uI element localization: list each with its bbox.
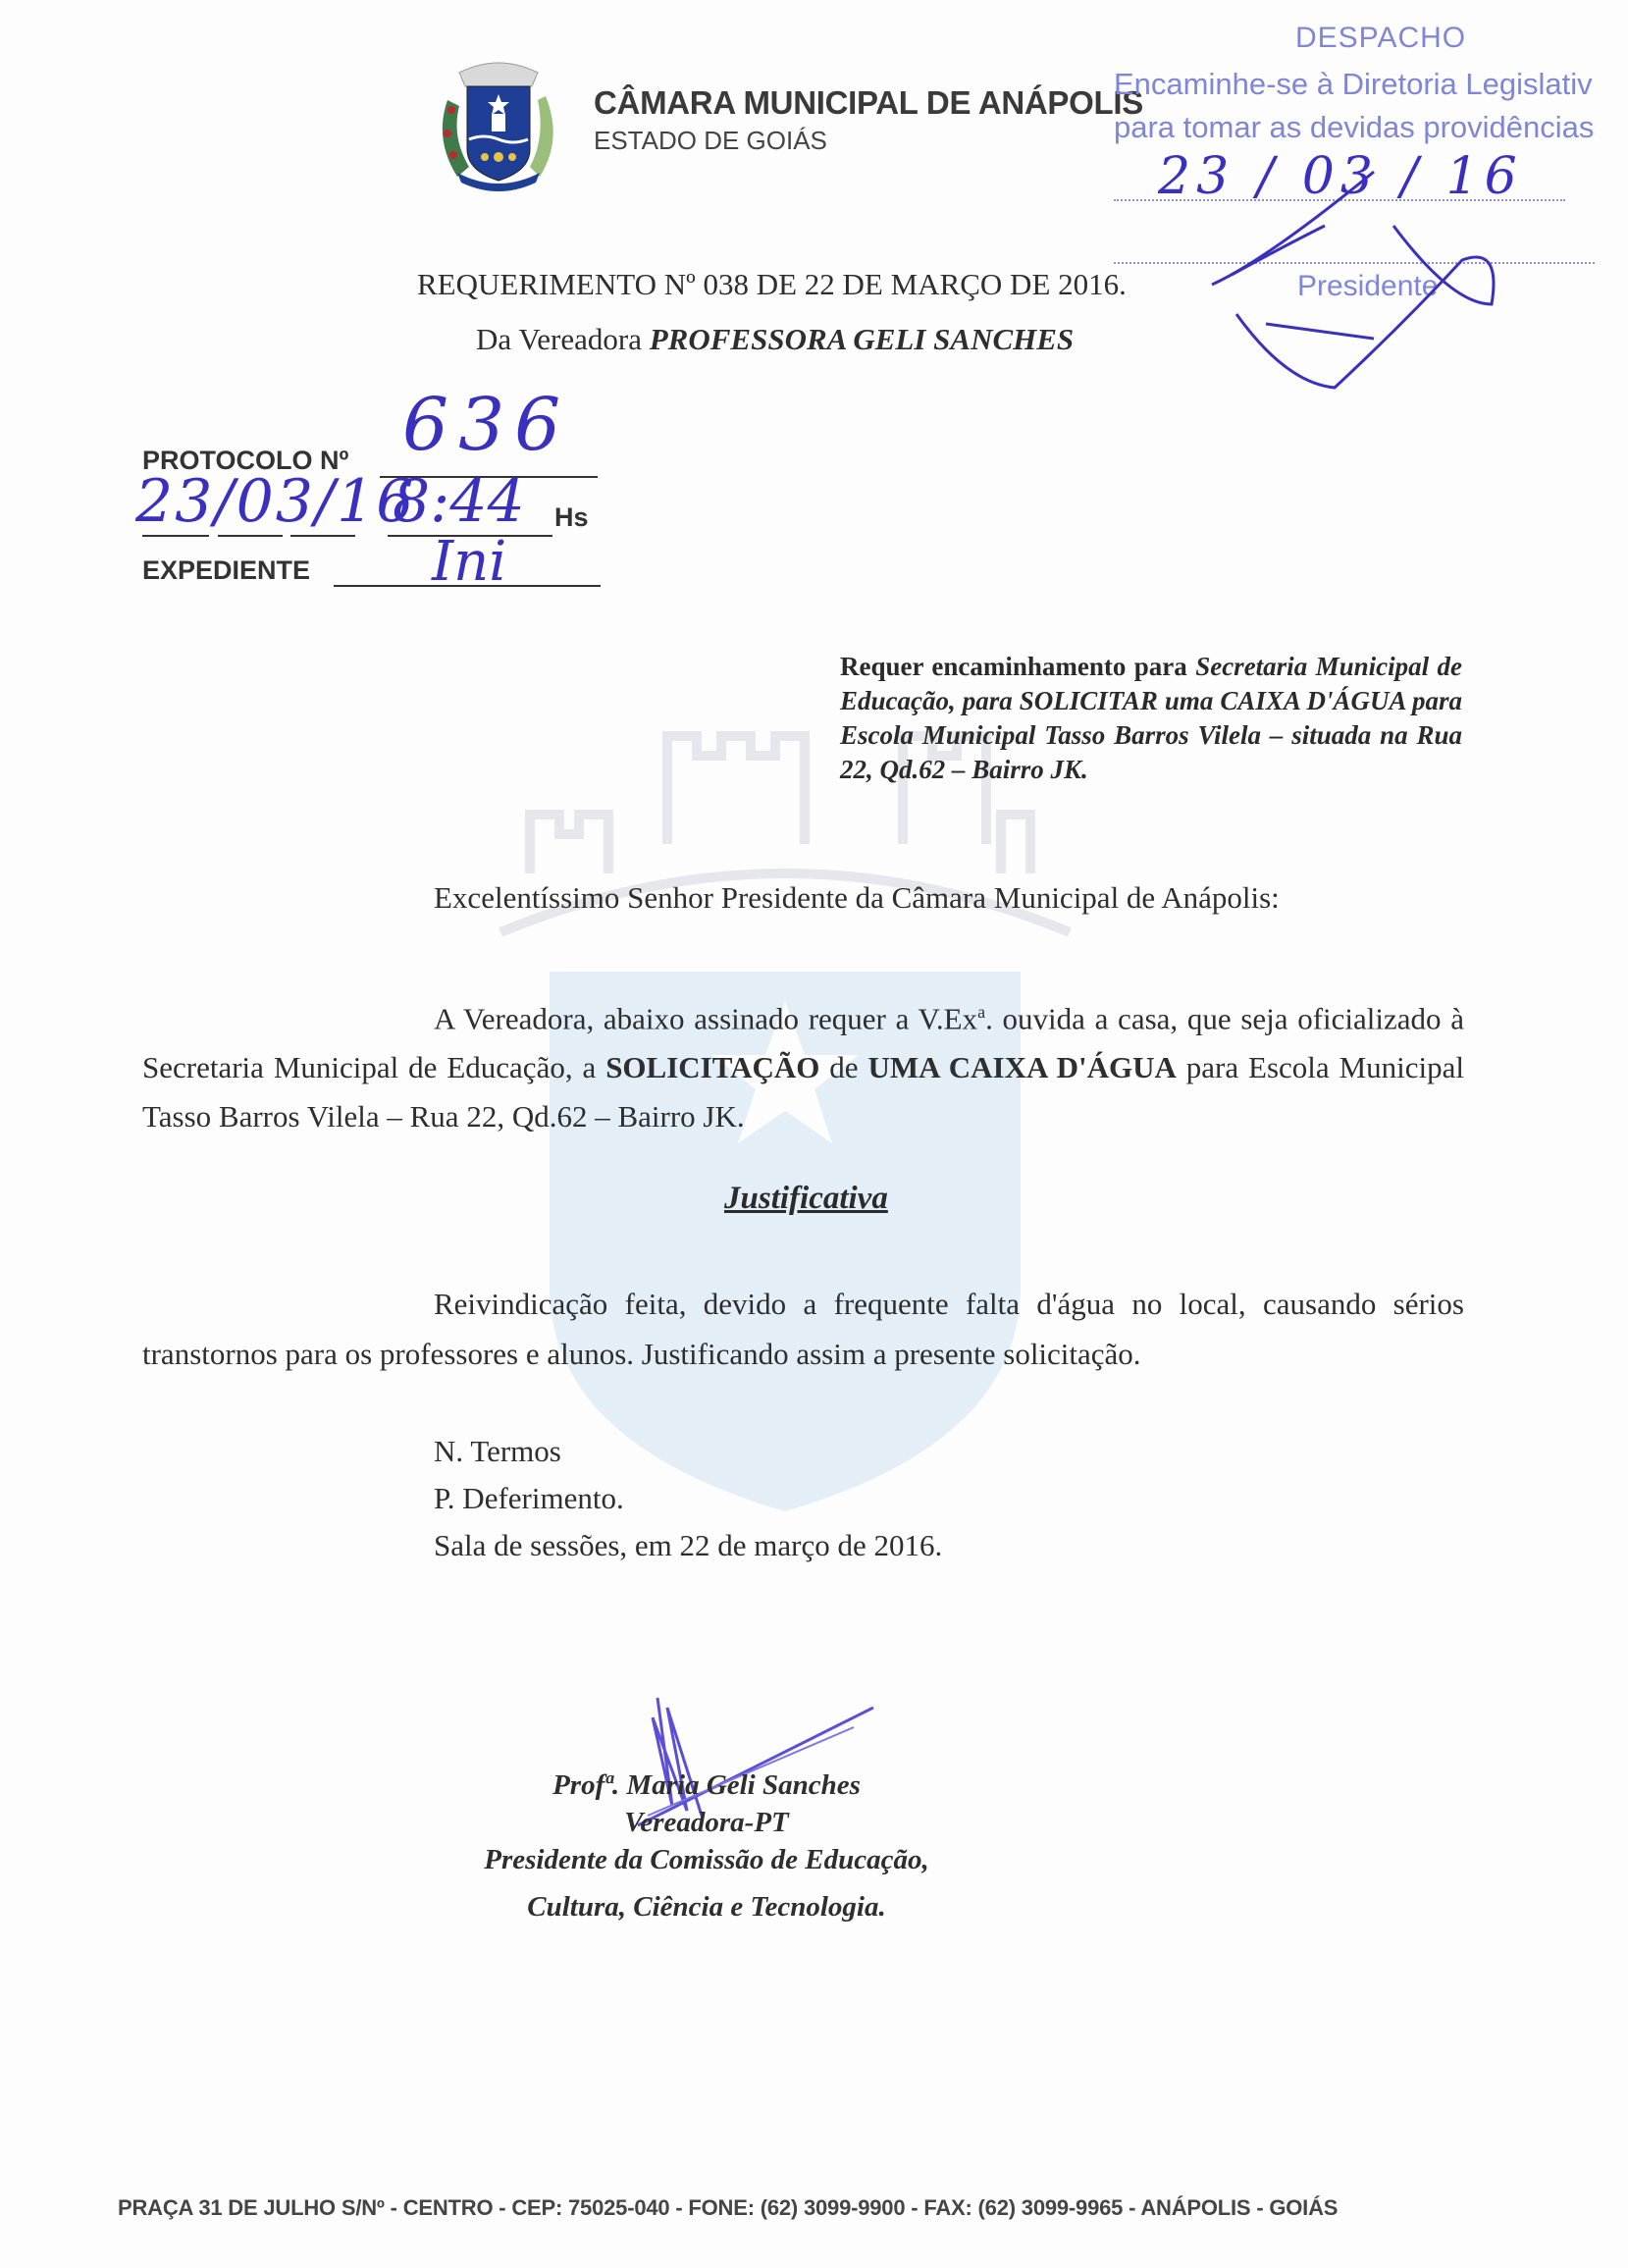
closing-block: N. Termos P. Deferimento. Sala de sessõe… <box>434 1428 942 1569</box>
para1-bold-caixa: UMA CAIXA D'ÁGUA <box>868 1050 1177 1084</box>
document-title: REQUERIMENTO Nº 038 DE 22 DE MARÇO DE 20… <box>417 267 1127 302</box>
signatory-name: Profª. Maria Geli Sanches <box>432 1767 981 1804</box>
municipal-coat-of-arms-icon <box>430 51 567 198</box>
signature-block: Profª. Maria Geli Sanches Vereadora-PT P… <box>432 1767 981 1925</box>
request-paragraph: A Vereadora, abaixo assinado requer a V.… <box>142 987 1464 1141</box>
closing-line: N. Termos <box>434 1428 942 1475</box>
protocol-year-line <box>290 535 355 537</box>
institution-name: CÂMARA MUNICIPAL DE ANÁPOLIS <box>594 84 1143 122</box>
expediente-label: EXPEDIENTE <box>142 555 310 586</box>
protocol-time-value: 8:44 <box>393 467 525 536</box>
author-prefix: Da Vereadora <box>476 322 642 356</box>
signatory-position-line1: Presidente da Comissão de Educação, <box>432 1841 981 1878</box>
state-name: ESTADO DE GOIÁS <box>594 126 827 156</box>
protocol-time-suffix: Hs <box>554 502 589 533</box>
stamp-title: DESPACHO <box>1295 22 1466 55</box>
protocol-number-value: 636 <box>402 383 570 467</box>
footer-address: PRAÇA 31 DE JULHO S/Nº - CENTRO - CEP: 7… <box>118 2195 1338 2221</box>
summary-lead: Requer encaminhamento para <box>840 652 1187 681</box>
para1-text-c: de <box>819 1050 867 1084</box>
para1-text-a: A Vereadora, abaixo assinado requer a V.… <box>434 1001 977 1035</box>
para1-superscript: a <box>977 1002 985 1022</box>
justification-heading: Justificativa <box>724 1181 888 1217</box>
document-author: Da Vereadora PROFESSORA GELI SANCHES <box>476 322 1074 357</box>
expediente-value: Ini <box>432 530 506 594</box>
request-summary: Requer encaminhamento para Secretaria Mu… <box>840 650 1462 787</box>
para1-bold-solicitacao: SOLICITAÇÃO <box>605 1050 819 1084</box>
salutation: Excelentíssimo Senhor Presidente da Câma… <box>434 880 1280 916</box>
closing-line: P. Deferimento. <box>434 1475 942 1522</box>
signatory-position-line2: Cultura, Ciência e Tecnologia. <box>432 1888 981 1925</box>
president-signature-icon <box>1207 167 1541 393</box>
protocol-day-line <box>142 535 209 537</box>
author-name: PROFESSORA GELI SANCHES <box>650 322 1074 356</box>
protocol-date-value: 23/03/16 <box>135 467 415 536</box>
signatory-role: Vereadora-PT <box>432 1804 981 1841</box>
protocol-month-line <box>218 535 283 537</box>
stamp-instruction-line2: para tomar as devidas providências <box>1114 110 1594 145</box>
closing-line: Sala de sessões, em 22 de março de 2016. <box>434 1522 942 1569</box>
justification-paragraph: Reivindicação feita, devido a frequente … <box>142 1279 1464 1379</box>
stamp-instruction-line1: Encaminhe-se à Diretoria Legislativ <box>1114 67 1593 102</box>
